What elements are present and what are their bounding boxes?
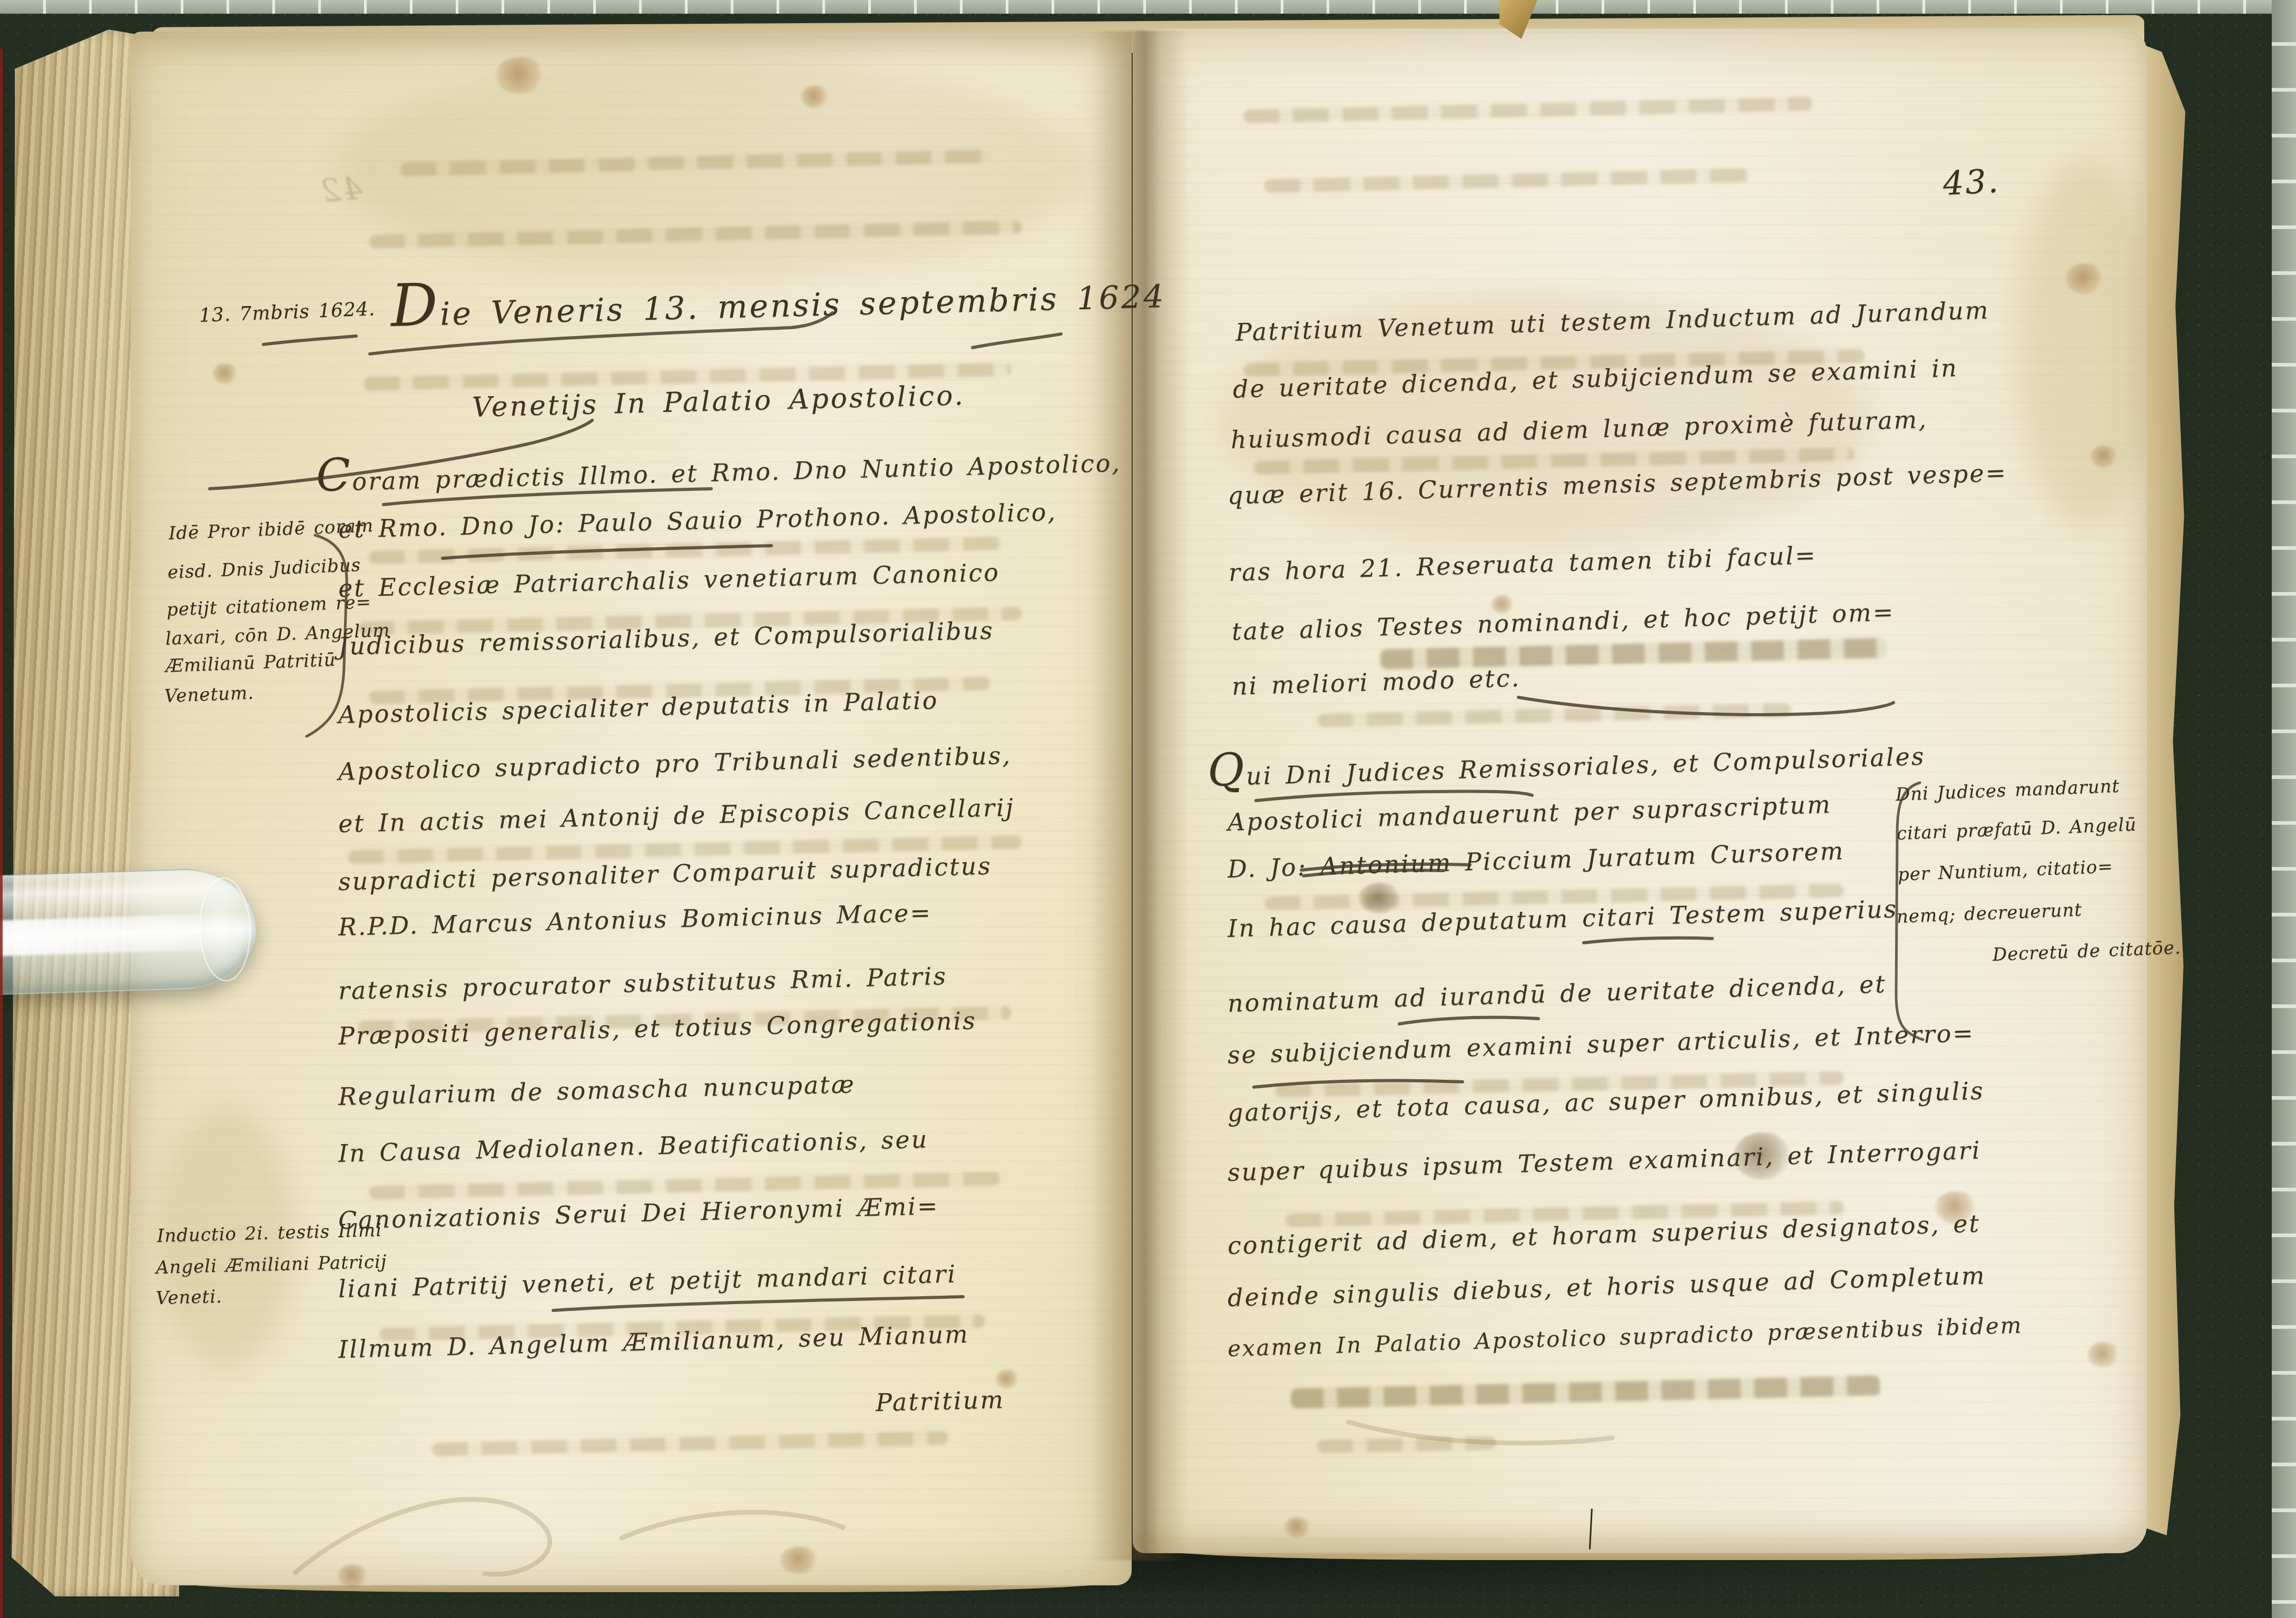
scan-edge-red-strip bbox=[0, 48, 3, 1618]
margin-note-inductio-line: Veneti. bbox=[156, 1288, 223, 1307]
paper-toning bbox=[2018, 158, 2155, 527]
foxing-spot bbox=[2091, 446, 2118, 468]
ruler-top bbox=[0, 0, 2296, 14]
glass-page-weight bbox=[0, 867, 258, 995]
foxing-spot bbox=[1284, 1517, 1311, 1538]
folio-number: 43. bbox=[1942, 164, 2000, 200]
manuscript-scan: 42 13. 7mbris 1624. Die Veneris 13. mens… bbox=[0, 0, 2296, 1618]
foxing-spot bbox=[2087, 1342, 2120, 1367]
foxing-spot bbox=[801, 85, 829, 108]
margin-note-petition-line: Venetum. bbox=[164, 684, 254, 705]
ghost-folio-number: 42 bbox=[318, 173, 364, 208]
foxing-spot bbox=[213, 363, 238, 384]
foxing-spot bbox=[2065, 263, 2104, 294]
ruler-right bbox=[2272, 0, 2296, 1618]
foxing-spot bbox=[780, 1546, 820, 1574]
foxing-spot bbox=[337, 1564, 369, 1587]
margin-note-inductio-line: Angeli Æmiliani Patricij bbox=[156, 1253, 387, 1277]
ink-smudge bbox=[1358, 883, 1401, 913]
margin-note-inductio-line: Inductio 2i. testis Illmi bbox=[157, 1221, 382, 1245]
body-line: Patritium bbox=[875, 1387, 1005, 1415]
book-gutter bbox=[1091, 31, 1188, 1561]
glass-highlight bbox=[0, 914, 222, 956]
foxing-spot bbox=[495, 57, 546, 94]
